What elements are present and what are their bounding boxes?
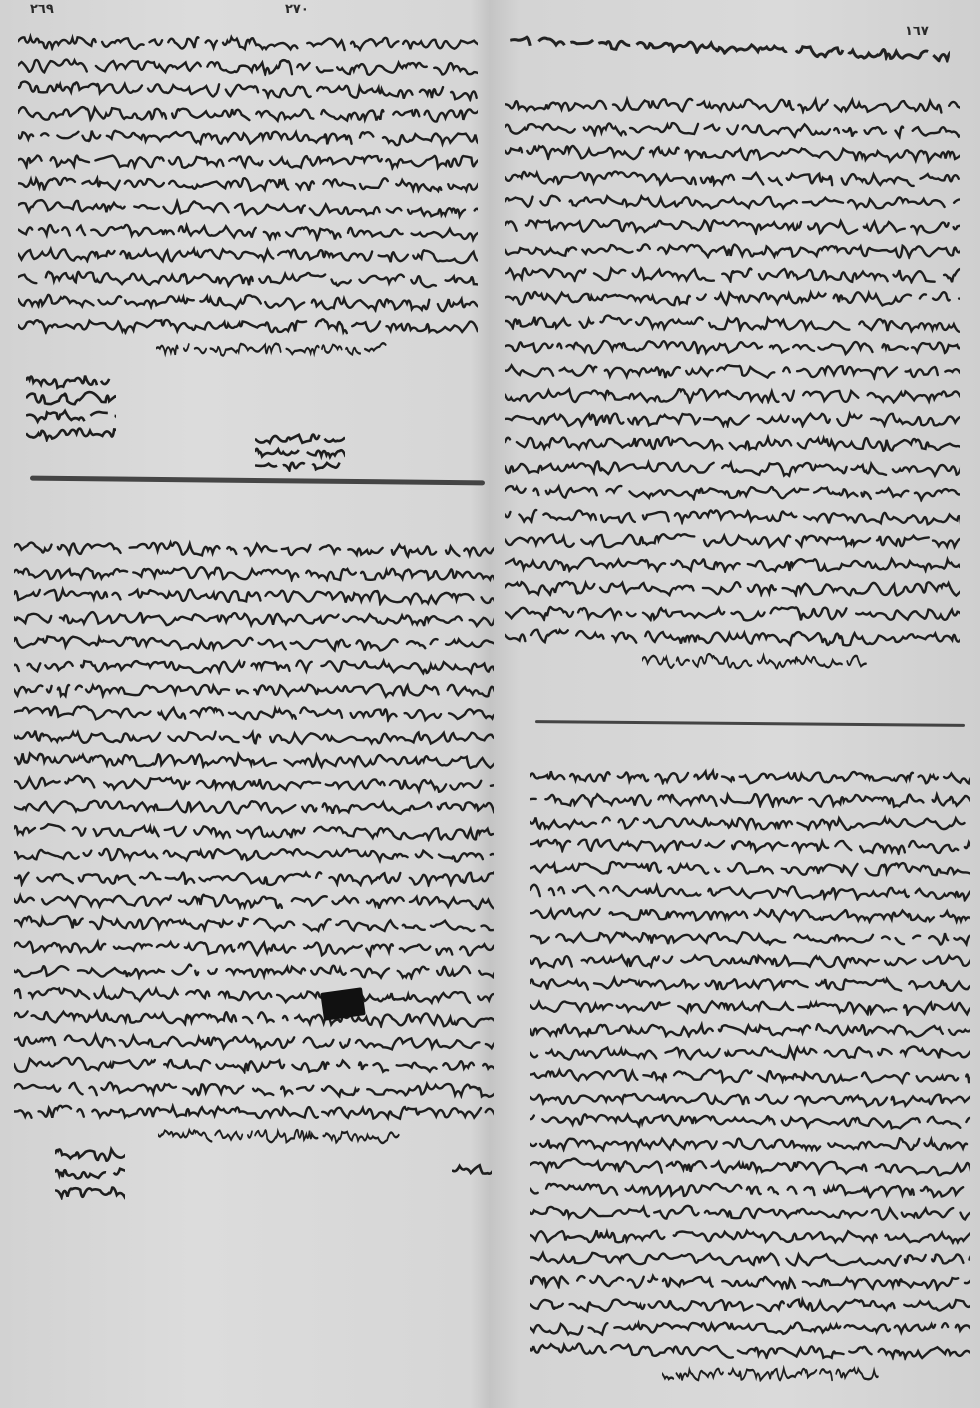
script-line — [530, 1296, 970, 1314]
left-bottom-text-block — [14, 540, 494, 1150]
right-bottom-text-block — [530, 768, 970, 1388]
script-line — [505, 603, 960, 623]
folio-number-left: ٢٦٩ — [30, 2, 54, 17]
script-line — [18, 268, 478, 289]
script-line — [530, 791, 970, 809]
right-separator-rule — [535, 720, 965, 727]
script-line — [158, 1125, 494, 1145]
script-line — [14, 609, 494, 630]
script-line — [505, 312, 960, 334]
script-line — [14, 1103, 494, 1121]
script-line — [530, 904, 970, 924]
script-line — [18, 316, 478, 335]
script-line — [505, 410, 960, 428]
script-line — [14, 657, 494, 676]
script-line — [530, 1227, 970, 1245]
script-line — [14, 844, 494, 864]
left-bottom-marginal-note — [55, 1145, 125, 1200]
script-line — [14, 890, 494, 911]
script-line — [18, 220, 478, 242]
script-line — [14, 1030, 494, 1052]
script-line — [505, 264, 960, 284]
script-line — [530, 881, 970, 902]
script-line — [505, 386, 960, 405]
folio-number-center: ٢٧٠ — [285, 2, 309, 17]
script-line — [505, 505, 960, 526]
script-line — [505, 361, 960, 380]
script-line — [14, 585, 494, 606]
script-line — [14, 704, 494, 723]
script-line — [14, 962, 494, 980]
script-line — [14, 680, 494, 698]
script-line — [14, 937, 494, 958]
script-line — [530, 974, 970, 992]
script-line — [14, 773, 494, 795]
script-line — [18, 32, 478, 53]
script-line — [530, 813, 970, 831]
script-line — [505, 142, 960, 165]
left-center-note — [255, 432, 345, 472]
script-line — [530, 1111, 970, 1131]
script-line — [14, 819, 494, 841]
script-line — [505, 168, 960, 188]
script-line — [505, 626, 960, 648]
right-top-text-block — [505, 96, 960, 676]
script-line — [505, 118, 960, 140]
script-line — [530, 1157, 970, 1177]
left-separator-rule — [30, 476, 485, 486]
script-line — [14, 798, 494, 816]
right-heading-line — [510, 40, 950, 54]
script-line — [18, 196, 478, 219]
script-line — [530, 1204, 970, 1221]
script-line — [530, 1066, 970, 1085]
script-line — [18, 56, 478, 76]
script-line — [530, 1020, 970, 1038]
script-line — [505, 337, 960, 357]
script-line — [530, 1088, 970, 1108]
left-marginal-note — [26, 372, 116, 442]
script-line — [14, 913, 494, 936]
script-line — [505, 457, 960, 479]
script-line — [14, 750, 494, 771]
left-bottom-catchword — [452, 1162, 492, 1178]
script-line — [530, 1272, 970, 1292]
script-line — [530, 1249, 970, 1268]
ink-blot — [320, 987, 365, 1021]
script-line — [530, 1043, 970, 1061]
script-line — [14, 1007, 494, 1029]
script-line — [530, 860, 970, 878]
script-line — [14, 868, 494, 886]
script-line — [14, 984, 494, 1005]
script-line — [505, 192, 960, 212]
script-line — [18, 127, 478, 148]
left-top-text-block — [18, 34, 478, 364]
script-line — [505, 530, 960, 549]
script-line — [530, 1319, 970, 1337]
script-line — [530, 996, 970, 1016]
script-line — [18, 104, 478, 124]
script-line — [530, 928, 970, 947]
script-line — [530, 1135, 970, 1153]
script-line — [505, 481, 960, 502]
script-line — [641, 651, 960, 670]
script-line — [505, 289, 960, 308]
manuscript-page: ٢٦٩ ٢٧٠ ١٦٧ — [0, 0, 980, 1408]
script-line — [505, 433, 960, 453]
script-line — [14, 727, 494, 747]
script-line — [505, 555, 960, 574]
script-line — [505, 216, 960, 236]
script-line — [530, 768, 970, 786]
script-line — [14, 538, 494, 560]
script-line — [14, 1055, 494, 1074]
script-line — [18, 78, 478, 101]
script-line — [18, 245, 478, 265]
script-line — [662, 1365, 970, 1383]
script-line — [530, 1180, 970, 1199]
script-line — [18, 290, 478, 313]
script-line — [505, 241, 960, 260]
script-line — [14, 1079, 494, 1099]
script-line — [156, 340, 478, 358]
script-line — [18, 151, 478, 170]
script-line — [14, 563, 494, 582]
script-line — [18, 175, 478, 193]
script-line — [530, 835, 970, 855]
script-line — [530, 1340, 970, 1361]
script-line — [14, 632, 494, 653]
folio-number-right: ١٦٧ — [905, 24, 929, 39]
script-line — [505, 579, 960, 598]
script-line — [530, 952, 970, 969]
script-line — [505, 95, 960, 115]
